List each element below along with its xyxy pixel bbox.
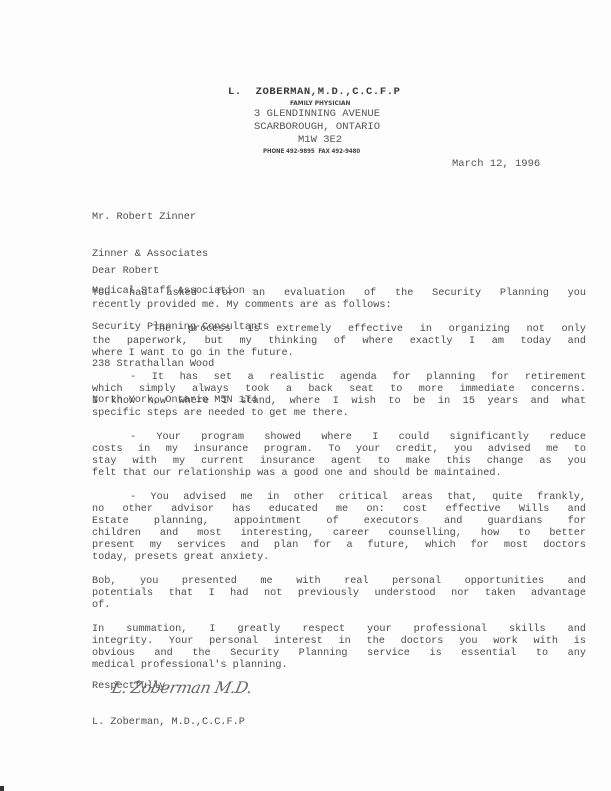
scan-artifact [0, 786, 4, 791]
paragraph-line: specific steps are needed to get me ther… [92, 408, 586, 420]
paragraph-line: no other advisor has educated me on: cos… [92, 504, 586, 516]
letterhead-phone-fax: PHONE 492-9895 FAX 492-9480 [263, 148, 360, 155]
paragraph-line: where I want to go in the future. [92, 348, 586, 360]
paragraph-line: recently provided me. My comments are as… [92, 300, 586, 312]
handwritten-signature: L. Zoberman M.D. [110, 678, 254, 697]
letterhead-title: FAMILY PHYSICIAN [290, 99, 350, 107]
letterhead-name: L. ZOBERMAN,M.D.,C.C.F.P [228, 86, 401, 98]
paragraph-line: Estate planning, appointment of executor… [92, 516, 586, 528]
paragraph-line: You had asked for an evaluation of the S… [92, 288, 586, 300]
letterhead-postal-code: M1W 3E2 [298, 134, 342, 146]
recipient-line: Zinner & Associates [92, 249, 269, 261]
body-paragraph: - Your program showed where I could sign… [92, 432, 586, 480]
paragraph-line: - You advised me in other critical areas… [92, 492, 586, 504]
paragraph-line: present my services and plan for a futur… [92, 540, 586, 552]
paragraph-line: - It has set a realistic agenda for plan… [92, 372, 586, 384]
paragraph-line: the paperwork, but my thinking of where … [92, 336, 586, 348]
body-paragraph: Bob, you presented me with real personal… [92, 576, 586, 612]
paragraph-line: integrity. Your personal interest in the… [92, 636, 586, 648]
paragraph-line: medical professional's planning. [92, 660, 586, 672]
paragraph-line: costs in my insurance program. To your c… [92, 444, 586, 456]
paragraph-line: Bob, you presented me with real personal… [92, 576, 586, 588]
body-paragraph: - The process is extremely effective in … [92, 324, 586, 360]
body-paragraph: In summation, I greatly respect your pro… [92, 624, 586, 672]
body-paragraph: You had asked for an evaluation of the S… [92, 288, 586, 312]
letter-date: March 12, 1996 [452, 158, 540, 170]
paragraph-line: felt that our relationship was a good on… [92, 468, 586, 480]
recipient-line: Mr. Robert Zinner [92, 212, 269, 224]
paragraph-line: stay with my current insurance agent to … [92, 456, 586, 468]
paragraph-line: I know now where I stand, where I wish t… [92, 396, 586, 408]
paragraph-line: In summation, I greatly respect your pro… [92, 624, 586, 636]
body-paragraph: - You advised me in other critical areas… [92, 492, 586, 564]
paragraph-line: of. [92, 600, 586, 612]
salutation: Dear Robert [92, 266, 159, 278]
paragraph-line: children and most interesting, career co… [92, 528, 586, 540]
recipient-line: 238 Strathallan Wood [92, 359, 269, 371]
letterhead-city: SCARBOROUGH, ONTARIO [254, 121, 380, 133]
body-paragraph: - It has set a realistic agenda for plan… [92, 372, 586, 420]
paragraph-line: - Your program showed where I could sign… [92, 432, 586, 444]
signature-name: L. Zoberman, M.D.,C.C.F.P [92, 717, 245, 729]
paragraph-line: - The process is extremely effective in … [92, 324, 586, 336]
paragraph-line: obvious and the Security Planning servic… [92, 648, 586, 660]
paragraph-line: which simply always took a back seat to … [92, 384, 586, 396]
letterhead-street: 3 GLENDINNING AVENUE [254, 108, 380, 120]
paragraph-line: potentials that I had not previously und… [92, 588, 586, 600]
paragraph-line: today, presets great anxiety. [92, 552, 586, 564]
letter-page: L. ZOBERMAN,M.D.,C.C.F.P FAMILY PHYSICIA… [0, 0, 611, 791]
